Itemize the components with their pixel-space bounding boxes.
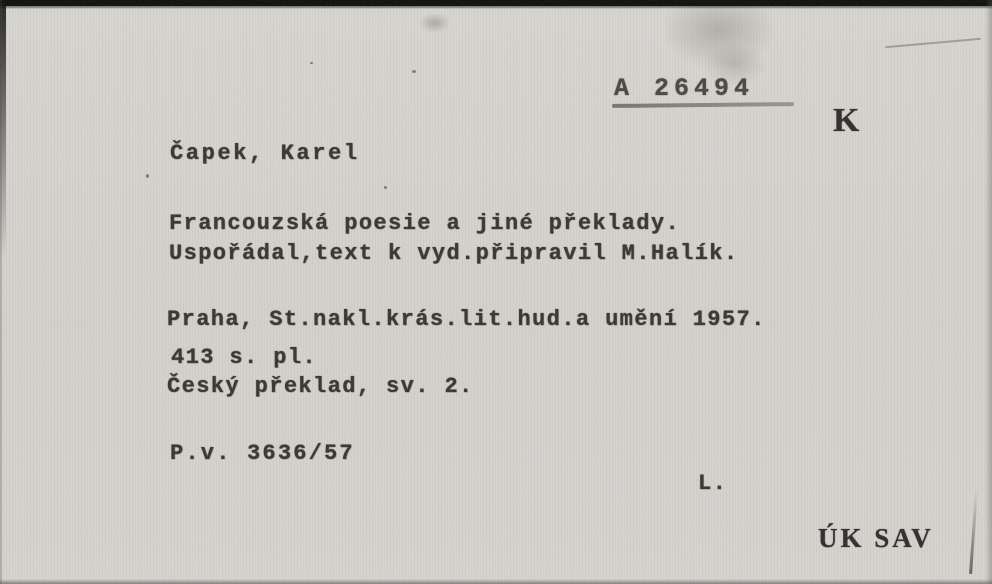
call-number-underline bbox=[612, 102, 794, 108]
scan-edge-bottom bbox=[0, 579, 992, 584]
paper-texture bbox=[0, 0, 992, 584]
series-line: Český překlad, sv. 2. bbox=[167, 374, 474, 399]
dust-speck bbox=[310, 62, 313, 64]
title-line: Francouzská poesie a jiné překlady. bbox=[169, 211, 680, 236]
scan-edge-top bbox=[0, 0, 992, 9]
library-catalog-card-scan: A 26494 K Čapek, Karel Francouzská poesi… bbox=[0, 0, 992, 584]
ink-smudge bbox=[418, 12, 452, 34]
dust-speck bbox=[146, 174, 149, 178]
section-letter-stamp: K bbox=[833, 102, 860, 140]
imprint-line: Praha, St.nakl.krás.lit.hud.a umění 1957… bbox=[167, 307, 766, 332]
author-heading: Čapek, Karel bbox=[170, 141, 360, 166]
crease-mark bbox=[885, 38, 981, 48]
cataloguer-initial: L. bbox=[698, 471, 727, 496]
dust-speck bbox=[412, 70, 416, 73]
scan-edge-left-faint bbox=[0, 0, 2, 584]
collation-line: 413 s. pl. bbox=[171, 345, 317, 370]
scan-edge-right bbox=[985, 0, 992, 584]
crease-mark bbox=[969, 490, 978, 574]
dust-speck bbox=[384, 186, 387, 189]
responsibility-line: Uspořádal,text k vyd.připravil M.Halík. bbox=[169, 241, 738, 266]
library-stamp: ÚK SAV bbox=[818, 523, 934, 554]
ink-smudge bbox=[700, 42, 770, 87]
record-number: P.v. 3636/57 bbox=[170, 441, 355, 466]
